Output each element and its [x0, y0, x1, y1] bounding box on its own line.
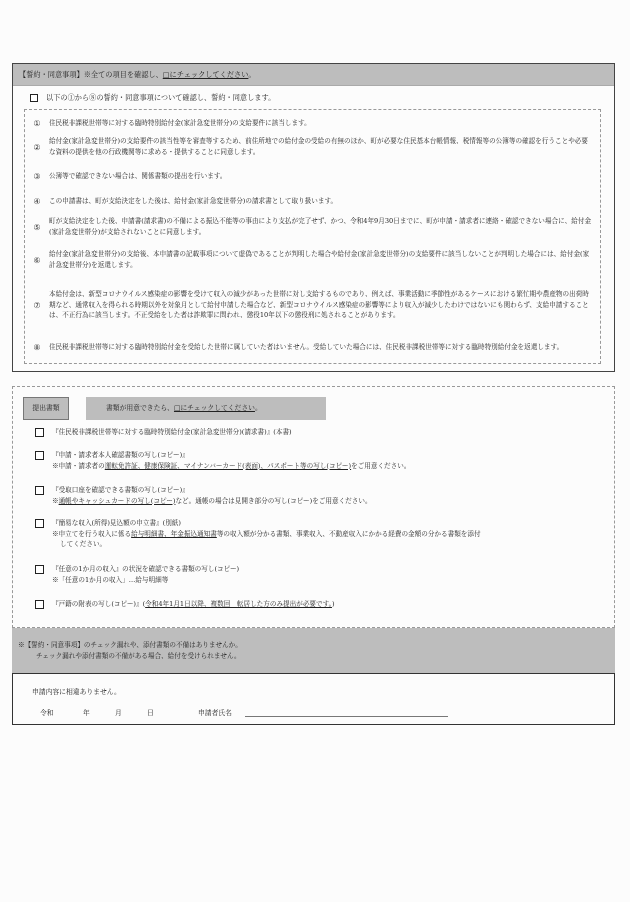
pledge-item-6: ⑥ 給付金(家計急変世帯分)の支給後、本申請書の記載事項について虚偽であることが… [25, 247, 600, 273]
date-year-field[interactable]: 年 [83, 707, 90, 717]
document-note: ※申立てを行う収入に係る給与明細書、年金振込通知書等の収入額が分かる書類、事業収… [52, 529, 481, 540]
applicant-name-label: 申請者氏名 [198, 707, 232, 717]
pledge-header-suffix: 。 [248, 70, 255, 79]
document-note-continued: してください。 [52, 539, 481, 550]
title-emphasis: 令和4年1月1日以降、複数回 転居した方のみ提出が必要です。 [145, 600, 332, 608]
document-item-income-statement[interactable]: 『簡易な収入(所得)見込額の申立書』(別紙) ※申立てを行う収入に係る給与明細書… [35, 518, 604, 550]
item-text: 給付金(家計急変世帯分)の支給後、本申請書の記載事項について虚偽であることが判明… [49, 249, 600, 271]
note-emphasis: 通帳やキャッシュカードの写し(コピー) [59, 497, 176, 505]
item-text: 公簿等で確認できない場合は、関係書類の提出を行います。 [49, 171, 235, 182]
note-prefix: ※申請・請求者の [52, 462, 105, 470]
document-item-monthly-income[interactable]: 『任意の1か月の収入』の状況を確認できる書類の写し(コピー) ※「任意の1か月の… [35, 564, 604, 585]
date-era-label: 令和 [40, 707, 54, 717]
document-checkbox[interactable] [35, 451, 44, 460]
document-checkbox[interactable] [35, 600, 44, 609]
item-number: ⑥ [25, 256, 49, 265]
document-title: 『簡易な収入(所得)見込額の申立書』(別紙) [52, 518, 481, 529]
warning-line-1: ※【誓約・同意事項】のチェック漏れや、添付書類の不備はありませんか。 [18, 640, 615, 651]
document-title: 『戸籍の附表の写し(コピー)』(令和4年1月1日以降、複数回 転居した方のみ提出… [52, 599, 335, 610]
item-text: この申請書は、町が支給決定をした後は、給付金(家計急変世帯分)の請求書として取り… [49, 196, 345, 207]
item-text: 町が支給決定をした後、申請書(請求書)の不備による振込不能等の事由により支払が完… [49, 216, 600, 238]
item-text: 住民税非課税世帯等に対する臨時特別給付金(家計急変世帯分)の支給要件に該当します… [49, 118, 319, 129]
pledge-section: 【誓約・同意事項】※全ての項目を確認し、□にチェックしてください。 以下の①から… [12, 63, 615, 372]
document-item-identity[interactable]: 『申請・請求者本人確認書類の写し(コピー)』 ※申請・請求者の運転免許証、健康保… [35, 450, 604, 471]
note-suffix: 等の収入額が分かる書類、事業収入、不動産収入にかかる経費の金額の分かる書類を添付 [217, 530, 481, 538]
document-note: ※通帳やキャッシュカードの写し(コピー)など。通帳の場合は見開き部分の写し(コピ… [52, 496, 372, 507]
pledge-agree-row[interactable]: 以下の①から⑧の誓約・同意事項について確認し、誓約・同意します。 [13, 88, 614, 108]
item-number: ⑤ [25, 223, 49, 232]
pledge-item-7: ⑦ 本給付金は、新型コロナウイルス感染症の影響を受けて収入の減少があった世帯に対… [25, 281, 600, 329]
date-day-field[interactable]: 日 [147, 707, 154, 717]
pledge-item-5: ⑤ 町が支給決定をした後、申請書(請求書)の不備による振込不能等の事由により支払… [25, 214, 600, 240]
item-number: ② [25, 143, 49, 152]
document-checkbox[interactable] [35, 486, 44, 495]
pledge-agree-checkbox[interactable] [30, 94, 38, 102]
pledge-item-3: ③ 公簿等で確認できない場合は、関係書類の提出を行います。 [25, 168, 600, 184]
item-text: 給付金(家計急変世帯分)の支給要件の該当性等を審査等するため、前住所地での給付金… [49, 136, 600, 158]
signature-section: 申請内容に相違ありません。 令和 年 月 日 申請者氏名 [12, 673, 615, 725]
declaration-statement: 申請内容に相違ありません。 [32, 686, 121, 696]
item-number: ⑦ [25, 301, 49, 310]
item-text: 本給付金は、新型コロナウイルス感染症の影響を受けて収入の減少があった世帯に対し支… [49, 289, 600, 321]
item-number: ⑧ [25, 343, 49, 352]
document-note: ※「任意の1か月の収入」…給与明細等 [52, 575, 239, 586]
item-number: ④ [25, 197, 49, 206]
document-checkbox[interactable] [35, 565, 44, 574]
note-emphasis: 運転免許証、健康保険証、マイナンバーカード(表面)、パスポート等の写し(コピー) [105, 462, 351, 470]
note-prefix: ※申立てを行う収入に係る [52, 530, 131, 538]
item-number: ① [25, 119, 49, 128]
hint-text: 書類が用意できたら、 [106, 404, 174, 412]
hint-suffix: 。 [255, 404, 262, 412]
note-emphasis: 給与明細書、年金振込通知書 [131, 530, 217, 538]
note-suffix: など。通帳の場合は見開き部分の写し(コピー)をご用意ください。 [175, 497, 371, 505]
document-title: 『任意の1か月の収入』の状況を確認できる書類の写し(コピー) [52, 564, 239, 575]
pledge-item-4: ④ この申請書は、町が支給決定をした後は、給付金(家計急変世帯分)の請求書として… [25, 193, 600, 209]
pledge-header-instruction: □にチェックしてください [163, 70, 249, 79]
title-suffix: ) [332, 600, 335, 608]
item-text: 住民税非課税世帯等に対する臨時特別給付金を受給した世帯に属していた者はいません。… [49, 342, 571, 353]
documents-label: 提出書類 [23, 397, 69, 420]
warning-notice: ※【誓約・同意事項】のチェック漏れや、添付書類の不備はありませんか。 チェック漏… [12, 628, 615, 673]
pledge-items-list: ① 住民税非課税世帯等に対する臨時特別給付金(家計急変世帯分)の支給要件に該当し… [24, 109, 601, 364]
pledge-item-2: ② 給付金(家計急変世帯分)の支給要件の該当性等を審査等するため、前住所地での給… [25, 134, 600, 160]
hint-instruction: □にチェックしてください [174, 404, 255, 412]
item-number: ③ [25, 172, 49, 181]
documents-section: 提出書類 書類が用意できたら、□にチェックしてください。 『住民税非課税世帯等に… [12, 386, 615, 628]
applicant-name-field[interactable] [245, 716, 448, 717]
pledge-item-8: ⑧ 住民税非課税世帯等に対する臨時特別給付金を受給した世帯に属していた者はいませ… [25, 334, 600, 360]
warning-line-2: チェック漏れや添付書類の不備がある場合、給付を受けられません。 [18, 651, 615, 662]
note-prefix: ※ [52, 497, 59, 505]
pledge-header: 【誓約・同意事項】※全ての項目を確認し、□にチェックしてください。 [13, 64, 614, 86]
document-title: 『受取口座を確認できる書類の写し(コピー)』 [52, 485, 372, 496]
date-month-field[interactable]: 月 [115, 707, 122, 717]
title-prefix: 『戸籍の附表の写し(コピー)』( [52, 600, 145, 608]
application-form-page: 【誓約・同意事項】※全ての項目を確認し、□にチェックしてください。 以下の①から… [0, 0, 630, 902]
pledge-item-1: ① 住民税非課税世帯等に対する臨時特別給付金(家計急変世帯分)の支給要件に該当し… [25, 115, 600, 131]
document-checkbox[interactable] [35, 428, 44, 437]
document-note: ※申請・請求者の運転免許証、健康保険証、マイナンバーカード(表面)、パスポート等… [52, 461, 410, 472]
document-title: 『住民税非課税世帯等に対する臨時特別給付金(家計急変世帯分)(請求書)』(本書) [52, 428, 292, 436]
document-item-application[interactable]: 『住民税非課税世帯等に対する臨時特別給付金(家計急変世帯分)(請求書)』(本書) [35, 427, 604, 438]
note-suffix: をご用意ください。 [351, 462, 410, 470]
document-item-family-register[interactable]: 『戸籍の附表の写し(コピー)』(令和4年1月1日以降、複数回 転居した方のみ提出… [35, 599, 604, 610]
document-checkbox[interactable] [35, 519, 44, 528]
pledge-agree-label: 以下の①から⑧の誓約・同意事項について確認し、誓約・同意します。 [46, 93, 275, 103]
document-title: 『申請・請求者本人確認書類の写し(コピー)』 [52, 450, 410, 461]
documents-hint: 書類が用意できたら、□にチェックしてください。 [86, 397, 326, 420]
document-item-bank-account[interactable]: 『受取口座を確認できる書類の写し(コピー)』 ※通帳やキャッシュカードの写し(コ… [35, 485, 604, 506]
pledge-header-text: 【誓約・同意事項】※全ての項目を確認し、 [19, 70, 163, 79]
